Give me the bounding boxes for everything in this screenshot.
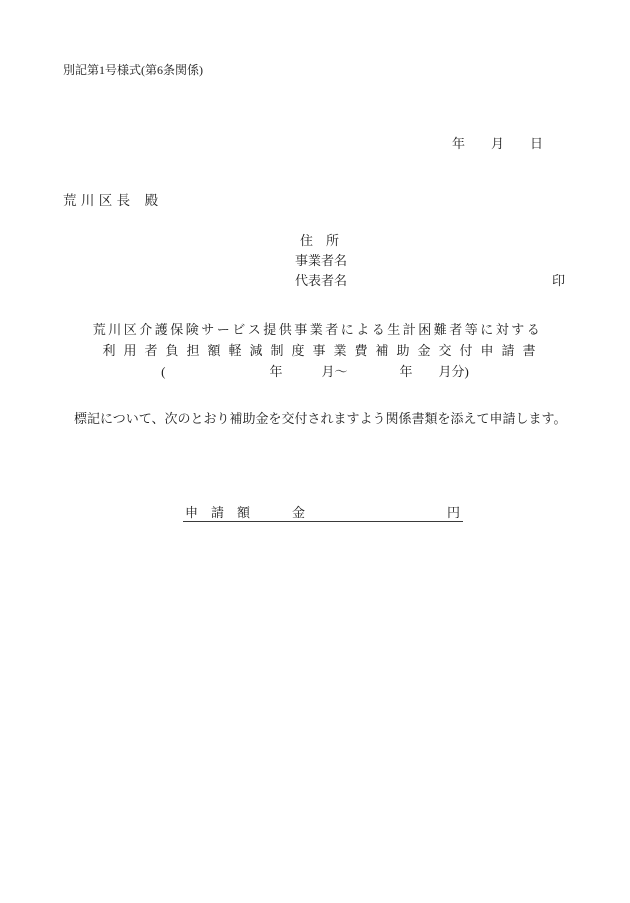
amount-currency-prefix: 金	[292, 502, 305, 521]
body-text: 標記について、次のとおり補助金を交付されますよう関係書類を添えて申請します。	[74, 411, 566, 427]
application-amount-line: 申 請 額 金 円	[183, 502, 463, 522]
amount-currency-suffix: 円	[447, 502, 460, 521]
sender-representative-label: 代表者名	[295, 273, 347, 289]
document-title-line-1: 荒川区介護保険サービス提供事業者による生計困難者等に対する	[0, 322, 630, 338]
addressee-line: 荒 川 区 長 殿	[63, 193, 159, 210]
amount-label: 申 請 額	[185, 502, 250, 521]
sender-address-label: 住 所	[300, 233, 339, 249]
form-number-label: 別記第1号様式(第6条関係)	[63, 63, 203, 78]
sender-business-name-label: 事業者名	[295, 253, 347, 269]
application-form-page: 別記第1号様式(第6条関係) 年 月 日 荒 川 区 長 殿 住 所 事業者名 …	[0, 0, 630, 903]
document-title-line-2: 利用者負担額軽減制度事業費補助金交付申請書	[0, 343, 630, 359]
document-title-period-line: ( 年 月～ 年 月分)	[0, 364, 630, 380]
seal-mark: 印	[552, 273, 565, 289]
date-line: 年 月 日	[452, 136, 543, 152]
